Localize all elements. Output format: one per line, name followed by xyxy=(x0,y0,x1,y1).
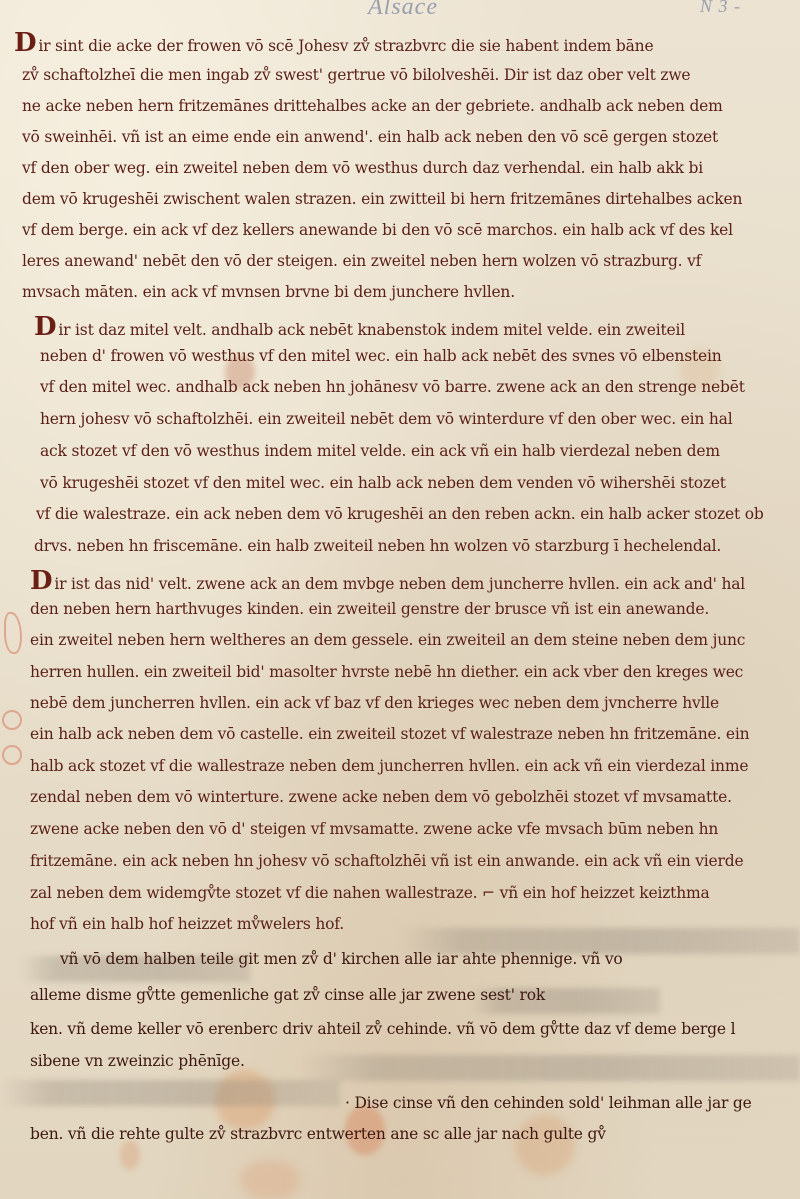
text-line: den neben hern harthvuges kinden. ein zw… xyxy=(30,600,800,618)
text-line: ack stozet vf den vō westhus indem mitel… xyxy=(40,442,800,460)
text-line: dem vō krugeshēi zwischent walen strazen… xyxy=(22,190,797,208)
text-line: ne acke neben hern fritzemānes drittehal… xyxy=(22,97,797,115)
text-line: · Dise cinse vñ den cehinden sold' leihm… xyxy=(345,1094,800,1112)
text-line: zal neben dem widemgv̊te stozet vf die n… xyxy=(30,884,800,902)
text-line: hern johesv vō schaftolzhēi. ein zweitei… xyxy=(40,410,800,428)
decorated-initial: D xyxy=(14,30,36,56)
text-line: vf den ober weg. ein zweitel neben dem v… xyxy=(22,159,797,177)
text-line: ben. vñ die rehte gulte zv̊ strazbvrc en… xyxy=(30,1125,800,1143)
decorated-initial: D xyxy=(34,314,56,340)
text-line: Dir ist daz mitel velt. andhalb ack nebē… xyxy=(34,314,799,340)
manuscript-page: Alsace N 3 - Dir sint die acke der frowe… xyxy=(0,0,800,1199)
text-line: zwene acke neben den vō d' steigen vf mv… xyxy=(30,820,800,838)
margin-mark xyxy=(4,612,22,654)
text-line: zendal neben dem vō winterture. zwene ac… xyxy=(30,788,800,806)
text-line: ken. vñ deme keller vō erenberc driv aht… xyxy=(30,1020,800,1038)
text-line: halb ack stozet vf die wallestraze neben… xyxy=(30,757,800,775)
text-line: zv̊ schaftolzheī die men ingab zv̊ swest… xyxy=(22,66,797,84)
text-line: fritzemāne. ein ack neben hn johesv vō s… xyxy=(30,852,800,870)
text-line: vō sweinhēi. vñ ist an eime ende ein anw… xyxy=(22,128,797,146)
text-line: Dir sint die acke der frowen vō scē Johe… xyxy=(14,30,794,56)
pencil-annotation-title: Alsace xyxy=(368,0,438,21)
text-line: vō krugeshēi stozet vf den mitel wec. ei… xyxy=(40,474,800,492)
text-line: vñ vō dem halben teile git men zv̊ d' ki… xyxy=(60,950,800,968)
decorated-initial: D xyxy=(30,568,52,594)
text-line: hof vñ ein halb hof heizzet mv̊welers ho… xyxy=(30,915,800,933)
water-damage-band xyxy=(0,1080,340,1106)
pencil-annotation-number: N 3 - xyxy=(700,0,741,17)
text-line: sibene vn zweinzic phēnīge. xyxy=(30,1052,800,1070)
text-line: alleme disme gv̊tte gemenliche gat zv̊ c… xyxy=(30,986,800,1004)
text-line: vf die walestraze. ein ack neben dem vō … xyxy=(36,505,800,523)
text-line: vf dem berge. ein ack vf dez kellers ane… xyxy=(22,221,797,239)
text-line: mvsach māten. ein ack vf mvnsen brvne bi… xyxy=(22,283,797,301)
text-line: vf den mitel wec. andhalb ack neben hn j… xyxy=(40,378,800,396)
stain xyxy=(120,1140,140,1170)
text-line: herren hullen. ein zweiteil bid' masolte… xyxy=(30,663,800,681)
text-line: ein halb ack neben dem vō castelle. ein … xyxy=(30,725,800,743)
text-line: drvs. neben hn friscemāne. ein halb zwei… xyxy=(34,537,800,555)
text-line: Dir ist das nid' velt. zwene ack an dem … xyxy=(30,568,800,594)
stain xyxy=(215,1070,275,1130)
margin-mark xyxy=(2,745,22,765)
text-line: leres anewand' nebēt den vō der steigen.… xyxy=(22,252,797,270)
stain xyxy=(240,1160,300,1199)
stain xyxy=(515,1115,575,1175)
text-line: nebē dem juncherren hvllen. ein ack vf b… xyxy=(30,694,800,712)
margin-mark xyxy=(2,710,22,730)
text-line: neben d' frowen vō westhus vf den mitel … xyxy=(40,347,800,365)
text-line: ein zweitel neben hern weltheres an dem … xyxy=(30,631,800,649)
